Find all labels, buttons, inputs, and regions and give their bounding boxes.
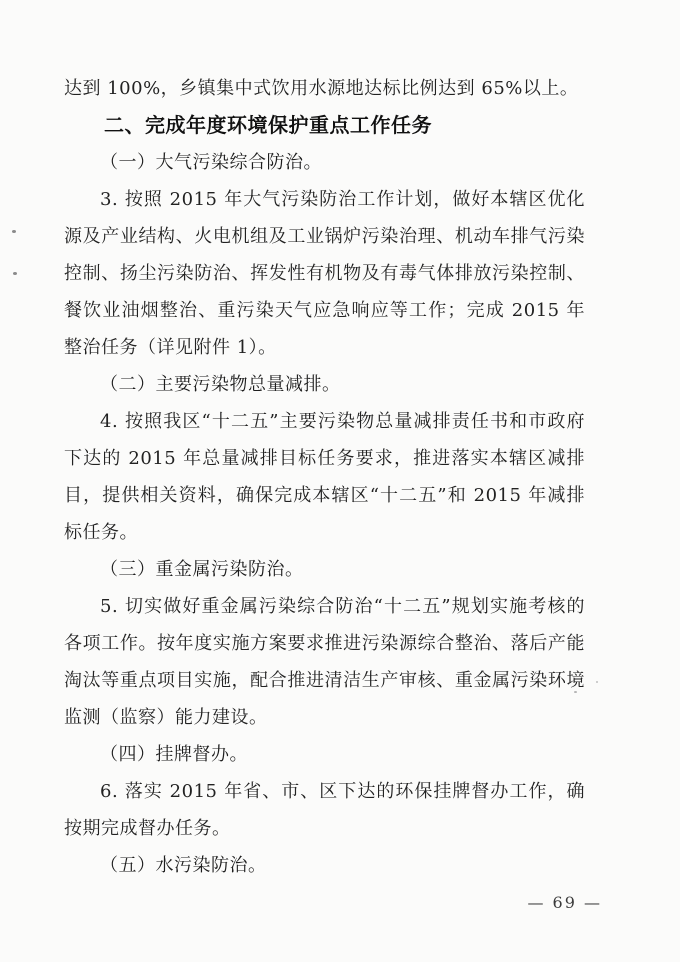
paragraph-line: 淘汰等重点项目实施，配合推进清洁生产审核、重金属污染环境 — [64, 662, 585, 699]
paragraph-line: 4. 按照我区“十二五”主要污染物总量减排责任书和市政府 — [64, 403, 585, 440]
paragraph-line: 5. 切实做好重金属污染综合防治“十二五”规划实施考核的 — [64, 588, 585, 625]
subsection-title-2: （二）主要污染物总量减排。 — [64, 366, 585, 403]
paragraph-line: 标任务。 — [64, 514, 585, 551]
paragraph-line: 6. 落实 2015 年省、市、区下达的环保挂牌督办工作，确保 — [64, 773, 585, 810]
paragraph-line: 目，提供相关资料，确保完成本辖区“十二五”和 2015 年减排目 — [64, 477, 585, 514]
continuation-line: 达到 100%，乡镇集中式饮用水源地达标比例达到 65%以上。 — [64, 70, 585, 107]
paragraph-line: 下达的 2015 年总量减排目标任务要求，推进落实本辖区减排项 — [64, 440, 585, 477]
paragraph-line: 3. 按照 2015 年大气污染防治工作计划，做好本辖区优化能 — [64, 181, 585, 218]
subsection-title-3: （三）重金属污染防治。 — [64, 551, 585, 588]
scan-speck — [13, 272, 17, 275]
paragraph-line: 监测（监察）能力建设。 — [64, 699, 585, 736]
paragraph-line: 各项工作。按年度实施方案要求推进污染源综合整治、落后产能 — [64, 625, 585, 662]
paragraph-line: 源及产业结构、火电机组及工业锅炉污染治理、机动车排气污染 — [64, 218, 585, 255]
paragraph-line: 控制、扬尘污染防治、挥发性有机物及有毒气体排放污染控制、 — [64, 255, 585, 292]
paragraph-line: 餐饮业油烟整治、重污染天气应急响应等工作；完成 2015 年锅炉 — [64, 292, 585, 329]
paragraph-line: 按期完成督办任务。 — [64, 810, 585, 847]
scan-speck — [12, 230, 16, 233]
scan-speck — [596, 681, 598, 683]
subsection-title-4: （四）挂牌督办。 — [64, 736, 585, 773]
scanned-document-page: 达到 100%，乡镇集中式饮用水源地达标比例达到 65%以上。 二、完成年度环境… — [0, 0, 680, 962]
section-heading: 二、完成年度环境保护重点工作任务 — [64, 107, 585, 144]
subsection-title-5: （五）水污染防治。 — [64, 847, 585, 884]
subsection-title-1: （一）大气污染综合防治。 — [64, 144, 585, 181]
paragraph-line: 整治任务（详见附件 1）。 — [64, 329, 585, 366]
document-text: 达到 100%，乡镇集中式饮用水源地达标比例达到 65%以上。 二、完成年度环境… — [64, 70, 585, 884]
page-number: — 69 — — [527, 893, 602, 912]
